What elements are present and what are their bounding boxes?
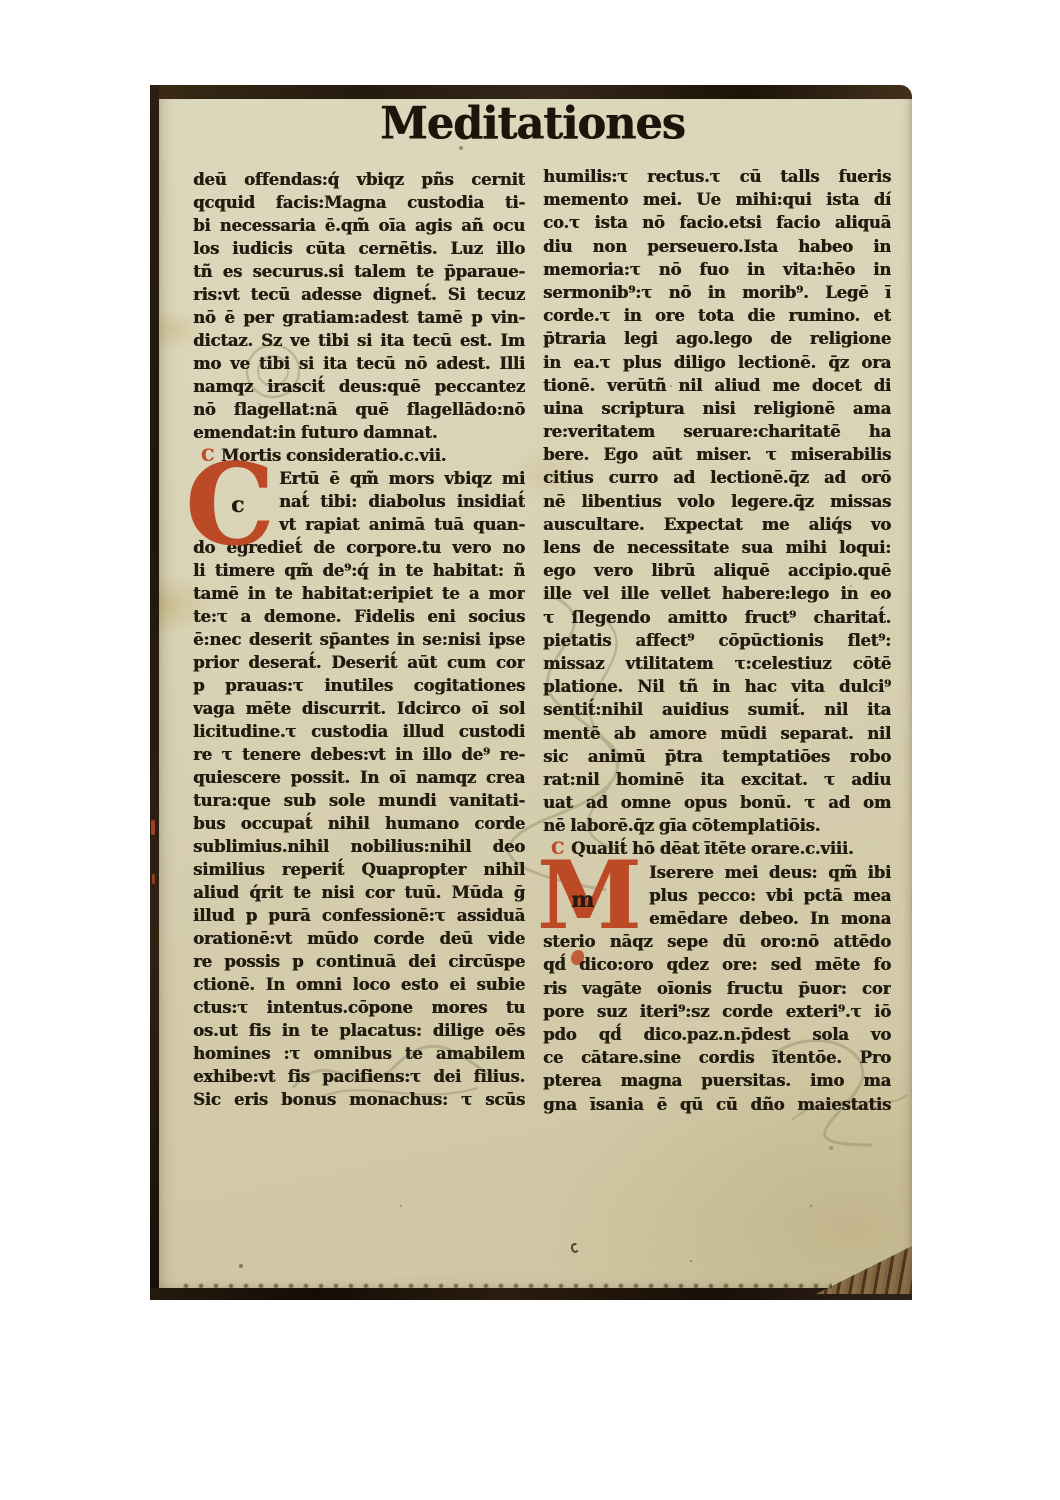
text-line: missaz vtilitatem τ:celestiuz cōtē [543, 652, 891, 675]
text-line: τ ſlegendo amitto fruct⁹ charitat́. [543, 606, 891, 629]
text-line: namqz irascit́ deus:quē peccantez [193, 375, 525, 398]
stray-ink-mark [570, 1242, 580, 1253]
text-line: re τ tenere debes:vt in illo de⁹ re- [193, 743, 525, 766]
text-line: sentit́:nihil auidius sumit́. nil ita [543, 698, 891, 721]
text-line: sermonib⁹:τ nō in morib⁹. Legē ī [543, 281, 891, 304]
text-line: pore suz iteri⁹:sz corde exteri⁹.τ iō [543, 1000, 891, 1023]
text-line: re possis p continuā dei circūspe [193, 950, 525, 973]
text-line: uat ad omne opus bonū. τ ad om [543, 791, 891, 814]
text-line: li timere qm̃ de⁹:q́ in te habitat: ñ [193, 559, 525, 582]
text-line: ris vagāte oīonis fructu p̄uor: cor [543, 977, 891, 1000]
text-line: os.ut fis in te placatus: dilige oēs [193, 1019, 525, 1042]
text-line: bere. Ego aūt miser. τ miserabilis [543, 443, 891, 466]
text-line: nat́ tibi: diabolus insidiat́ [193, 490, 525, 513]
text-line: mentē ab amore mūdi separat. nil [543, 722, 891, 745]
rubric-line: CQualit́ hō dēat ītēte orare.c.viii. [543, 837, 891, 860]
text-line: orationē:vt mūdo corde deū vide [193, 927, 525, 950]
text-line: homines :τ omnibus te amabilem [193, 1042, 525, 1065]
text-line: memento mei. Ue mihi:qui ista dí [543, 188, 891, 211]
text-line: humilis:τ rectus.τ cū talls fueris [543, 165, 891, 188]
text-line: ce cātare.sine cordis ītentōe. Pro [543, 1046, 891, 1069]
text-line: p̄traria legi ago.lego de religione [543, 327, 891, 350]
text-line: plus pecco: vbi pctā mea [543, 884, 891, 907]
text-line: tura:que sub sole mundi vanitati- [193, 789, 525, 812]
text-line: diu non perseuero.Ista habeo in [543, 235, 891, 258]
text-line: p prauas:τ inutiles cogitationes [193, 674, 525, 697]
text-line: memoria:τ nō fuo in vita:hēo in [543, 258, 891, 281]
text-line: co.τ ista nō facio.etsi facio aliquā [543, 211, 891, 234]
text-line: re:veritatem seruare:charitatē ha [543, 420, 891, 443]
page-title: Meditationes [380, 98, 690, 150]
text-line: nē laborē.q̄z gīa cōtemplatiōis. [543, 814, 891, 837]
text-line: exhibe:vt fis pacifiens:τ dei filius. [193, 1065, 525, 1088]
red-margin-tick [151, 820, 155, 835]
text-line: qcquid facis:Magna custodia ti- [193, 191, 525, 214]
text-line: pdo qd́ dico.paz.n.p̄dest sola vo [543, 1023, 891, 1046]
text-line: ris:vt tecū adesse dignet́. Si tecuz [193, 283, 525, 306]
text-line: corde.τ in ore tota die rumino. et [543, 304, 891, 327]
text-line: sublimius.nihil nobilius:nihil deo [193, 835, 525, 858]
text-line: ille vel ille vellet habere:lego in eo [543, 582, 891, 605]
text-line: bus occupat́ nihil humano corde [193, 812, 525, 835]
book-page-scan: Meditationes C c deū offendas:q́ vbiqz p… [150, 85, 912, 1300]
text-line: in ea.τ plus diligo lectionē. q̄z ora [543, 351, 891, 374]
text-line: emēdare debeo. In mona [543, 907, 891, 930]
page-top-edge [150, 85, 912, 99]
text-line: Sic eris bonus monachus: τ scūs [193, 1088, 525, 1111]
text-line: dictaz. Sz ve tibi si ita tecū est. Im [193, 329, 525, 352]
text-line: bi necessaria ē.qm̃ oīa agis añ ocu [193, 214, 525, 237]
text-line: prior deserat́. Deserit́ aūt cum cor [193, 651, 525, 674]
text-line: lens de necessitate sua mihi loqui: [543, 536, 891, 559]
text-line: te:τ a demone. Fidelis eni socius [193, 605, 525, 628]
text-line: citius curro ad lectionē.q̄z ad orō [543, 466, 891, 489]
text-line: ē:nec deserit sp̄antes in se:nisi ipse [193, 628, 525, 651]
text-line: aliud q́rit te nisi cor tuū. Mūda ḡ [193, 881, 525, 904]
paper-specks [150, 85, 152, 87]
text-line: do egrediet́ de corpore.tu vero no [193, 536, 525, 559]
text-line: qd́ dico:oro qdez ore: sed mēte fo [543, 953, 891, 976]
red-margin-tick [152, 874, 155, 884]
text-line: nō ē per gratiam:adest tamē p vin- [193, 306, 525, 329]
text-line: pterea magna puersitas. imo ma [543, 1069, 891, 1092]
text-line: rat:nil hominē ita excitat. τ adiu [543, 768, 891, 791]
rubric-line: CMortis consideratio.c.vii. [193, 444, 525, 467]
text-line: gna īsania ē qū cū dño maiestatis [543, 1093, 891, 1116]
rubric-paragraph-mark: C [551, 839, 571, 858]
text-column-right: M m humilis:τ rectus.τ cū talls fuerisme… [543, 165, 891, 1116]
rubric-paragraph-mark: C [201, 446, 221, 465]
text-line: platione. Nil tñ in hac vita dulci⁹ [543, 675, 891, 698]
text-line: sic animū p̄tra temptatiōes robo [543, 745, 891, 768]
page-gutter-edge [150, 85, 159, 1300]
text-line: similius reperit́ Quapropter nihil [193, 858, 525, 881]
text-line: ego vero librū aliquē accipio.quē [543, 559, 891, 582]
text-line: Ertū ē qm̃ mors vbiqz mi [193, 467, 525, 490]
text-column-left: C c deū offendas:q́ vbiqz pñs cernitqcqu… [193, 168, 525, 1111]
text-line: auscultare. Expectat me aliq́s vo [543, 513, 891, 536]
text-line: uina scriptura nisi religionē ama [543, 397, 891, 420]
text-line: nē libentius volo legere.q̄z missas [543, 490, 891, 513]
text-line: licitudine.τ custodia illud custodi [193, 720, 525, 743]
text-line: emendat:in futuro damnat. [193, 421, 525, 444]
text-line: ctus:τ intentus.cōpone mores tu [193, 996, 525, 1019]
text-line: deū offendas:q́ vbiqz pñs cernit [193, 168, 525, 191]
text-line: pietatis affect⁹ cōpūctionis flet⁹: [543, 629, 891, 652]
text-line: Iserere mei deus: qm̃ ibi [543, 861, 891, 884]
text-line: tamē in te habitat:eripiet te a mor [193, 582, 525, 605]
text-line: nō flagellat:nā quē flagellādo:nō [193, 398, 525, 421]
text-line: vt rapiat animā tuā quan- [193, 513, 525, 536]
text-line: ctionē. In omni loco esto ei subie [193, 973, 525, 996]
text-line: los iudicis cūta cernētis. Luz illo [193, 237, 525, 260]
text-line: tñ es securus.si talem te p̄paraue- [193, 260, 525, 283]
text-line: mo ve tibi si ita tecū nō adest. Illi [193, 352, 525, 375]
text-line: quiescere possit. In oī namqz crea [193, 766, 525, 789]
text-line: vaga mēte discurrit. Idcirco oī sol [193, 697, 525, 720]
bottom-edge-speckles [180, 1281, 832, 1290]
text-line: illud p purā confessionē:τ assiduā [193, 904, 525, 927]
text-line: tionē. verūtñ nil aliud me docet di [543, 374, 891, 397]
text-line: sterio nāqz sepe dū oro:nō attēdo [543, 930, 891, 953]
